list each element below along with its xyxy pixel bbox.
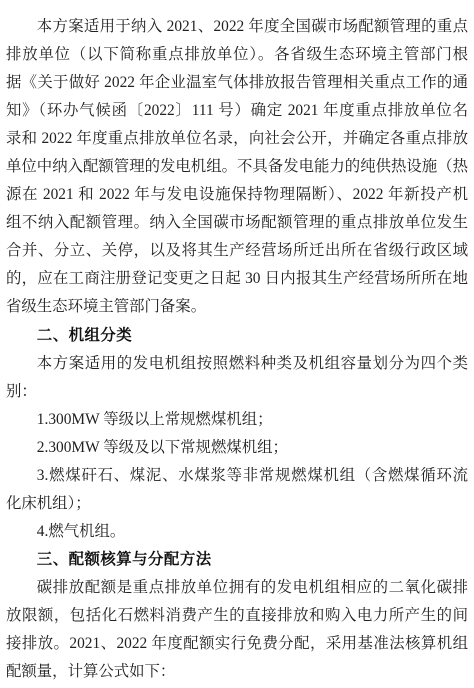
- section-heading-unit-classification: 二、机组分类: [6, 322, 468, 350]
- paragraph-line: 别：: [6, 378, 468, 406]
- paragraph-line: 合并、分立、关停，以及将其生产经营场所迁出所在省级行政区域: [6, 237, 468, 265]
- paragraph-line: 放限额，包括化石燃料消费产生的直接排放和购入电力所产生的间: [6, 602, 468, 630]
- paragraph-line: 单位中纳入配额管理的发电机组。不具备发电能力的纯供热设施（热: [6, 153, 468, 181]
- paragraph-line: 知》（环办气候函〔2022〕111 号）确定 2021 年度重点排放单位名: [6, 97, 468, 125]
- paragraph-line: 本方案适用于纳入 2021、2022 年度全国碳市场配额管理的重点: [6, 13, 468, 41]
- paragraph-line: 据《关于做好 2022 年企业温室气体排放报告管理相关重点工作的通: [6, 69, 468, 97]
- paragraph-line: 碳排放配额是重点排放单位拥有的发电机组相应的二氧化碳排: [6, 574, 468, 602]
- paragraph-line: 的，应在工商注册登记变更之日起 30 日内报其生产经营场所所在地: [6, 265, 468, 293]
- paragraph-line: 源在 2021 和 2022 年与发电设施保持物理隔断）、2022 年新投产机: [6, 181, 468, 209]
- list-item-line: 1.300MW 等级以上常规燃煤机组；: [6, 406, 468, 434]
- paragraph-line: 组不纳入配额管理。纳入全国碳市场配额管理的重点排放单位发生: [6, 209, 468, 237]
- paragraph-line: 排放单位（以下简称重点排放单位）。各省级生态环境主管部门根: [6, 41, 468, 69]
- list-item-line: 2.300MW 等级及以下常规燃煤机组；: [6, 434, 468, 462]
- list-item-line: 3.燃煤矸石、煤泥、水煤浆等非常规燃煤机组（含燃煤循环流: [6, 462, 468, 490]
- document-page: 本方案适用于纳入 2021、2022 年度全国碳市场配额管理的重点 排放单位（以…: [0, 0, 474, 688]
- list-item-line: 化床机组）；: [6, 490, 468, 518]
- paragraph-line: 配额量，计算公式如下：: [6, 658, 468, 686]
- paragraph-line: 省级生态环境主管部门备案。: [6, 293, 468, 321]
- paragraph-line: 录和 2022 年度重点排放单位名录，向社会公开，并确定各重点排放: [6, 125, 468, 153]
- list-item-line: 4.燃气机组。: [6, 518, 468, 546]
- section-heading-quota-method: 三、配额核算与分配方法: [6, 546, 468, 574]
- paragraph-line: 接排放。2021、2022 年度配额实行免费分配，采用基准法核算机组: [6, 630, 468, 658]
- paragraph-line: 本方案适用的发电机组按照燃料种类及机组容量划分为四个类: [6, 350, 468, 378]
